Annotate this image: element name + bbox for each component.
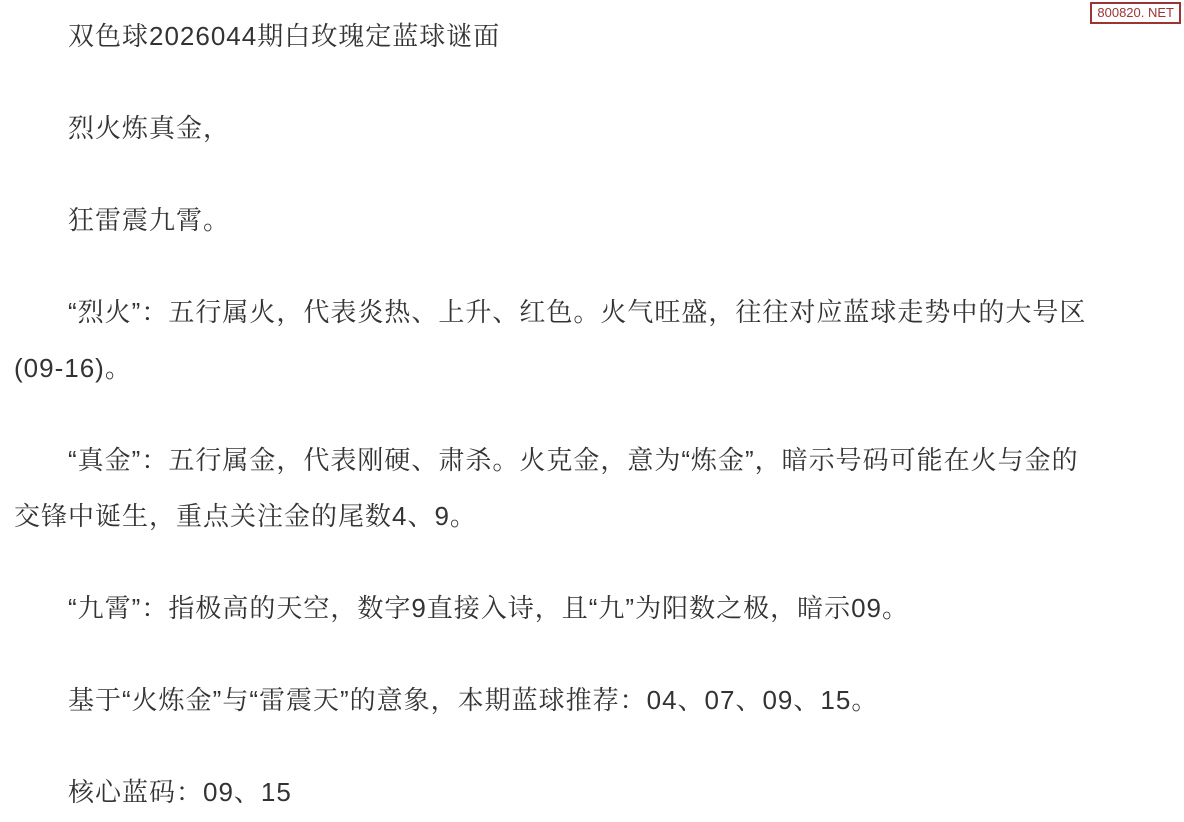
article-paragraph-verse-line-2: 狂雷震九霄。 [14,192,1170,248]
page: { "watermark": { "text": "800820. NET", … [0,0,1184,822]
article-body: 双色球2026044期白玫瑰定蓝球谜面 烈火炼真金， 狂雷震九霄。 “烈火”：五… [0,0,1184,820]
watermark-badge: 800820. NET [1090,2,1181,24]
article-paragraph-zhenjin-analysis: “真金”：五行属金，代表刚硬、肃杀。火克金，意为“炼金”，暗示号码可能在火与金的… [14,432,1170,544]
article-paragraph-liehuo-analysis: “烈火”：五行属火，代表炎热、上升、红色。火气旺盛，往往对应蓝球走势中的大号区 … [14,284,1170,396]
article-paragraph-blue-ball-recommendation: 基于“火炼金”与“雷震天”的意象，本期蓝球推荐：04、07、09、15。 [14,672,1170,728]
article-title: 双色球2026044期白玫瑰定蓝球谜面 [14,8,1170,64]
article-paragraph-jiuxiao-analysis: “九霄”：指极高的天空，数字9直接入诗，且“九”为阳数之极，暗示09。 [14,580,1170,636]
article-paragraph-verse-line-1: 烈火炼真金， [14,100,1170,156]
article-paragraph-core-blue-codes: 核心蓝码：09、15 [14,764,1170,820]
